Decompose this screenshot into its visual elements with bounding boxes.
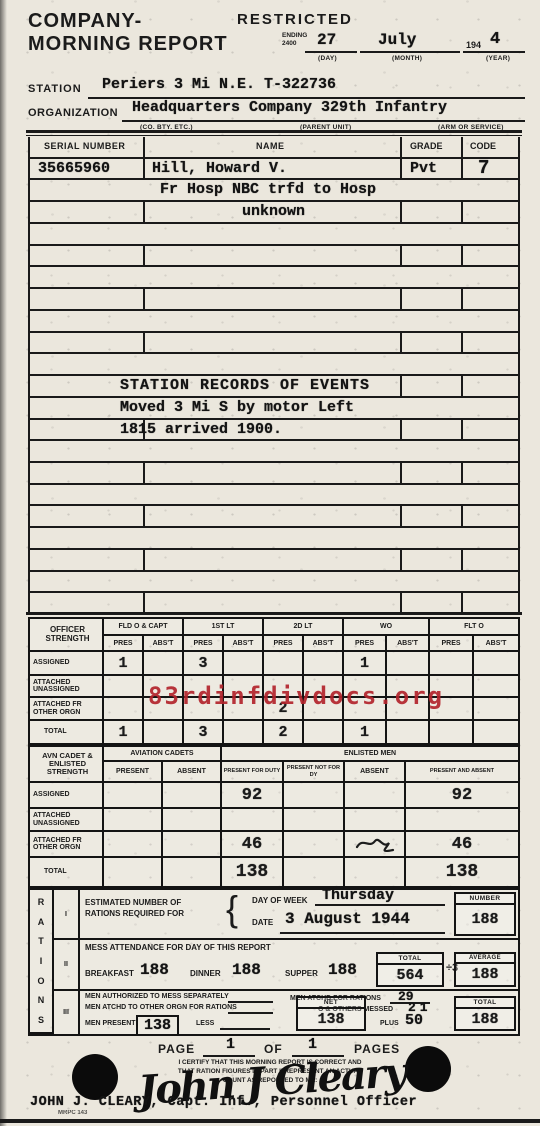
rations-side-label: RATIONS [30, 890, 54, 1034]
column-divider [461, 593, 463, 613]
roster-top-rule-b [26, 135, 522, 136]
serial-header: SERIAL NUMBER [44, 141, 125, 151]
roster-row [30, 485, 518, 507]
net-box-label: NET [298, 998, 364, 1009]
column-divider [400, 333, 402, 353]
form-title-line1: COMPANY- [28, 10, 142, 33]
organization-underline [122, 120, 525, 122]
column-divider [461, 420, 463, 440]
sub-pres: PRES [430, 636, 474, 652]
column-divider [143, 202, 145, 222]
column-divider [461, 159, 463, 179]
enlisted-cell [163, 783, 222, 809]
atchd-other-orgn-label: MEN ATCHD TO OTHER ORGN FOR RATIONS [85, 1004, 237, 1011]
group-flt-o: FLT O [430, 619, 518, 636]
column-divider [143, 550, 145, 570]
enlisted-strength-table: AVN CADET & ENLISTED STRENGTH AVIATION C… [28, 745, 520, 888]
pages-number: 1 [308, 1036, 317, 1053]
punch-hole-right [405, 1046, 451, 1092]
men-present-value: 138 [136, 1015, 179, 1034]
roster-top-rule-a [26, 130, 522, 133]
mess-separately-label: MEN AUTHORIZED TO MESS SEPARATELY [85, 993, 229, 1000]
enlisted-cell [104, 832, 163, 858]
enlisted-cell [222, 809, 284, 832]
enlisted-cell [345, 783, 406, 809]
officer-cell [304, 652, 344, 676]
punch-hole-left [72, 1054, 118, 1100]
plus-label: PLUS [380, 1020, 399, 1027]
month-underline [360, 51, 460, 53]
sub-abst: ABS'T [224, 636, 264, 652]
column-divider [143, 506, 145, 526]
officer-cell [474, 676, 518, 698]
day-of-week-label: DAY OF WEEK [252, 896, 308, 905]
officer-cell: 2 [264, 721, 304, 743]
group-fldo-capt: FLD O & CAPT [104, 619, 184, 636]
row-label-assigned: ASSIGNED [30, 783, 104, 809]
enlisted-cell [406, 809, 518, 832]
officer-cell [387, 652, 430, 676]
roster-row [30, 572, 518, 594]
column-divider [461, 506, 463, 526]
handwritten-scribble-icon [353, 833, 397, 855]
bottom-edge-rule [0, 1119, 540, 1123]
scan-edge-shadow [0, 0, 7, 1126]
rations-part1: ESTIMATED NUMBER OF RATIONS REQUIRED FOR… [80, 890, 518, 940]
group-2d-lt: 2D LT [264, 619, 344, 636]
col-present-not-for-duty: PRESENT NOT FOR DY [284, 762, 345, 783]
events-line1: Moved 3 Mi S by motor Left [120, 399, 354, 416]
officer-strength-table: OFFICER STRENGTH FLD O & CAPT 1ST LT 2D … [28, 617, 520, 745]
officer-typed-line: JOHN J. CLEARY, Capt. Inf., Personnel Of… [30, 1095, 417, 1110]
enlisted-cell [163, 832, 222, 858]
part1-numeral: I [54, 890, 80, 940]
roster-entry-row: 35665960 Hill, Howard V. Pvt 7 [30, 159, 518, 181]
roster-row: Fr Hosp NBC trfd to Hosp [30, 180, 518, 202]
sub-pres: PRES [184, 636, 224, 652]
breakfast-label: BREAKFAST [85, 969, 134, 978]
total-box-label: TOTAL [378, 954, 442, 965]
morning-report-document: COMPANY- MORNING REPORT RESTRICTED ENDIN… [0, 0, 540, 1126]
roster-row [30, 593, 518, 613]
average-box-value: 188 [456, 964, 514, 985]
officer-cell [474, 698, 518, 721]
less-label: LESS [196, 1020, 214, 1027]
officer-cell: 1 [344, 652, 387, 676]
row-label-total: TOTAL [30, 858, 104, 886]
rations-part2: MESS ATTENDANCE FOR DAY OF THIS REPORT B… [80, 940, 518, 991]
men-present-label: MEN PRESENT [85, 1020, 136, 1027]
enlisted-cell [345, 858, 406, 886]
day-caption: (DAY) [318, 55, 337, 62]
roster-row [30, 550, 518, 572]
officer-cell [304, 721, 344, 743]
rations-total-label: TOTAL [456, 998, 514, 1009]
roster-row [30, 224, 518, 246]
form-title-line2: MORNING REPORT [28, 33, 228, 56]
column-divider [143, 159, 145, 179]
officer-cell [144, 721, 184, 743]
sub-abst: ABS'T [304, 636, 344, 652]
net-box: NET 138 [296, 996, 366, 1031]
supper-value: 188 [328, 961, 357, 979]
col-absent: ABSENT [345, 762, 406, 783]
row-label-attached-fr-other: ATTACHED FR OTHER ORGN [30, 832, 104, 858]
row-label-attached-fr-other: ATTACHED FR OTHER ORGN [30, 698, 104, 721]
roster-header-row: SERIAL NUMBER NAME GRADE CODE [30, 137, 518, 159]
group-enlisted-men: ENLISTED MEN [222, 747, 518, 762]
enlisted-cell: 92 [222, 783, 284, 809]
row-label-assigned: ASSIGNED [30, 652, 104, 676]
enlisted-scribble-cell [345, 832, 406, 858]
page-label: PAGE [158, 1042, 195, 1056]
officer-cell: 1 [344, 721, 387, 743]
officer-cell [387, 721, 430, 743]
code-header: CODE [470, 141, 496, 151]
part1-label-line1: ESTIMATED NUMBER OF [85, 898, 181, 907]
year-caption: (YEAR) [486, 55, 510, 62]
rations-block: RATIONS I ESTIMATED NUMBER OF RATIONS RE… [28, 888, 520, 1036]
date-label: DATE [252, 918, 273, 927]
column-divider [461, 246, 463, 266]
column-divider [461, 550, 463, 570]
column-divider [143, 137, 145, 157]
roster-table: SERIAL NUMBER NAME GRADE CODE 35665960 H… [28, 137, 520, 613]
enlisted-cell: 46 [406, 832, 518, 858]
net-box-value: 138 [298, 1009, 364, 1029]
officer-cell [474, 721, 518, 743]
roster-row [30, 528, 518, 550]
roster-row [30, 311, 518, 333]
dinner-label: DINNER [190, 969, 221, 978]
report-day-value: 27 [317, 31, 336, 49]
officer-cell [104, 676, 144, 698]
column-divider [461, 137, 463, 157]
column-divider [461, 333, 463, 353]
part2-title: MESS ATTENDANCE FOR DAY OF THIS REPORT [85, 943, 271, 952]
dow-underline [315, 904, 445, 906]
events-row: Moved 3 Mi S by motor Left [30, 398, 518, 420]
part2-numeral: II [54, 940, 80, 991]
enlisted-cell [284, 783, 345, 809]
average-box: AVERAGE 188 [454, 952, 516, 987]
officer-cell [224, 721, 264, 743]
group-aviation-cadets: AVIATION CADETS [104, 747, 222, 762]
number-box-value: 188 [456, 905, 514, 934]
part1-label-line2: RATIONS REQUIRED FOR [85, 909, 184, 918]
report-year-digit: 4 [490, 30, 500, 49]
col-av-present: PRESENT [104, 762, 163, 783]
col-present-and-absent: PRESENT AND ABSENT [406, 762, 518, 783]
row-label-attached-unassigned: ATTACHED UNASSIGNED [30, 809, 104, 832]
column-divider [400, 463, 402, 483]
roster-row [30, 463, 518, 485]
classification-stamp: RESTRICTED [237, 11, 353, 28]
column-divider [400, 137, 402, 157]
column-divider [461, 463, 463, 483]
officer-cell: 1 [104, 721, 144, 743]
group-wo: WO [344, 619, 430, 636]
sub-abst: ABS'T [387, 636, 430, 652]
archive-watermark: 83rdinfdivdocs.org [148, 682, 444, 710]
enlisted-cell [345, 809, 406, 832]
column-divider [400, 550, 402, 570]
enlisted-cell [104, 783, 163, 809]
column-divider [400, 376, 402, 396]
officer-cell: 3 [184, 652, 224, 676]
officer-cell [264, 652, 304, 676]
date-underline [280, 932, 445, 934]
sub-abst: ABS'T [144, 636, 184, 652]
ending-time: 2400 [282, 40, 296, 47]
row-label-attached-unassigned: ATTACHED UNASSIGNED [30, 676, 104, 698]
supper-label: SUPPER [285, 969, 318, 978]
station-value: Periers 3 Mi N.E. T-322736 [102, 76, 336, 93]
month-caption: (MONTH) [392, 55, 422, 62]
blank-line [220, 1028, 270, 1030]
sub-pres: PRES [104, 636, 144, 652]
ending-label: ENDING [282, 32, 307, 39]
roster-row [30, 354, 518, 376]
enlisted-cell [104, 858, 163, 886]
column-divider [461, 289, 463, 309]
day-of-week-value: Thursday [322, 890, 394, 904]
officer-cell: 1 [104, 652, 144, 676]
entry-code: 7 [478, 157, 489, 179]
sub-pres: PRES [344, 636, 387, 652]
officer-cell [144, 652, 184, 676]
officer-cell [224, 652, 264, 676]
column-divider [143, 333, 145, 353]
brace-glyph: { [226, 890, 238, 930]
events-title-row: STATION RECORDS OF EVENTS [30, 376, 518, 398]
sub-pres: PRES [264, 636, 304, 652]
roster-row [30, 289, 518, 311]
year-underline [463, 51, 525, 53]
enlisted-cell: 92 [406, 783, 518, 809]
officer-cell [430, 652, 474, 676]
report-month-value: July [378, 31, 416, 49]
column-divider [143, 289, 145, 309]
column-divider [400, 289, 402, 309]
entry-remark-line2: unknown [242, 203, 305, 220]
page-number: 1 [226, 1036, 235, 1053]
officer-cell [474, 652, 518, 676]
col-present-for-duty: PRESENT FOR DUTY [222, 762, 284, 783]
enlisted-cell [163, 809, 222, 832]
enlisted-cell [284, 832, 345, 858]
station-label: STATION [28, 83, 82, 95]
part3-numeral: III [54, 991, 80, 1034]
year-prefix: 194 [466, 40, 481, 50]
enlisted-cell: 138 [222, 858, 284, 886]
column-divider [461, 202, 463, 222]
number-box-label: NUMBER [456, 894, 514, 905]
entry-remark-line1: Fr Hosp NBC trfd to Hosp [160, 181, 376, 198]
officer-cell [430, 721, 474, 743]
rations-part3: MEN AUTHORIZED TO MESS SEPARATELY MEN AT… [80, 991, 518, 1034]
officer-cell [104, 698, 144, 721]
group-1st-lt: 1ST LT [184, 619, 264, 636]
grade-header: GRADE [410, 141, 443, 151]
total-box: TOTAL 564 [376, 952, 444, 987]
officer-cell: 3 [184, 721, 224, 743]
roster-row [30, 441, 518, 463]
events-title: STATION RECORDS OF EVENTS [120, 377, 370, 394]
rations-total-box: TOTAL 188 [454, 996, 516, 1031]
entry-name: Hill, Howard V. [152, 160, 287, 177]
dinner-value: 188 [232, 961, 261, 979]
column-divider [400, 593, 402, 613]
page-underline [203, 1055, 255, 1057]
blank-line [228, 1001, 273, 1003]
roster-row: unknown [30, 202, 518, 224]
roster-bottom-rule [26, 612, 522, 615]
row-label-total: TOTAL [30, 721, 104, 743]
events-line2: 1815 arrived 1900. [120, 421, 282, 438]
form-print-note: MRPC 143 [58, 1110, 87, 1116]
blank-line [228, 1012, 273, 1014]
organization-value: Headquarters Company 329th Infantry [132, 99, 447, 116]
sub-abst: ABS'T [474, 636, 518, 652]
number-box: NUMBER 188 [454, 892, 516, 936]
column-divider [400, 246, 402, 266]
column-divider [400, 159, 402, 179]
roster-row [30, 246, 518, 268]
breakfast-value: 188 [140, 961, 169, 979]
roster-row [30, 267, 518, 289]
of-label: OF [264, 1042, 283, 1056]
organization-label: ORGANIZATION [28, 107, 118, 119]
column-divider [400, 202, 402, 222]
name-header: NAME [256, 141, 285, 151]
officer-strength-corner: OFFICER STRENGTH [30, 619, 104, 652]
date-value: 3 August 1944 [285, 910, 410, 928]
total-box-value: 564 [378, 965, 442, 985]
enlisted-cell [163, 858, 222, 886]
column-divider [143, 463, 145, 483]
plus-value: 50 [405, 1012, 423, 1029]
day-underline [305, 51, 357, 53]
column-divider [143, 246, 145, 266]
enlisted-corner: AVN CADET & ENLISTED STRENGTH [30, 747, 104, 783]
column-divider [461, 376, 463, 396]
enlisted-cell [284, 809, 345, 832]
entry-serial: 35665960 [38, 160, 110, 177]
enlisted-cell [284, 858, 345, 886]
roster-row [30, 506, 518, 528]
enlisted-cell: 138 [406, 858, 518, 886]
enlisted-cell: 46 [222, 832, 284, 858]
events-row: 1815 arrived 1900. [30, 420, 518, 442]
rations-total-value: 188 [456, 1009, 514, 1029]
col-av-absent: ABSENT [163, 762, 222, 783]
roster-row [30, 333, 518, 355]
column-divider [143, 593, 145, 613]
average-box-label: AVERAGE [456, 954, 514, 964]
enlisted-cell [104, 809, 163, 832]
column-divider [400, 420, 402, 440]
column-divider [400, 506, 402, 526]
entry-grade: Pvt [410, 160, 437, 177]
